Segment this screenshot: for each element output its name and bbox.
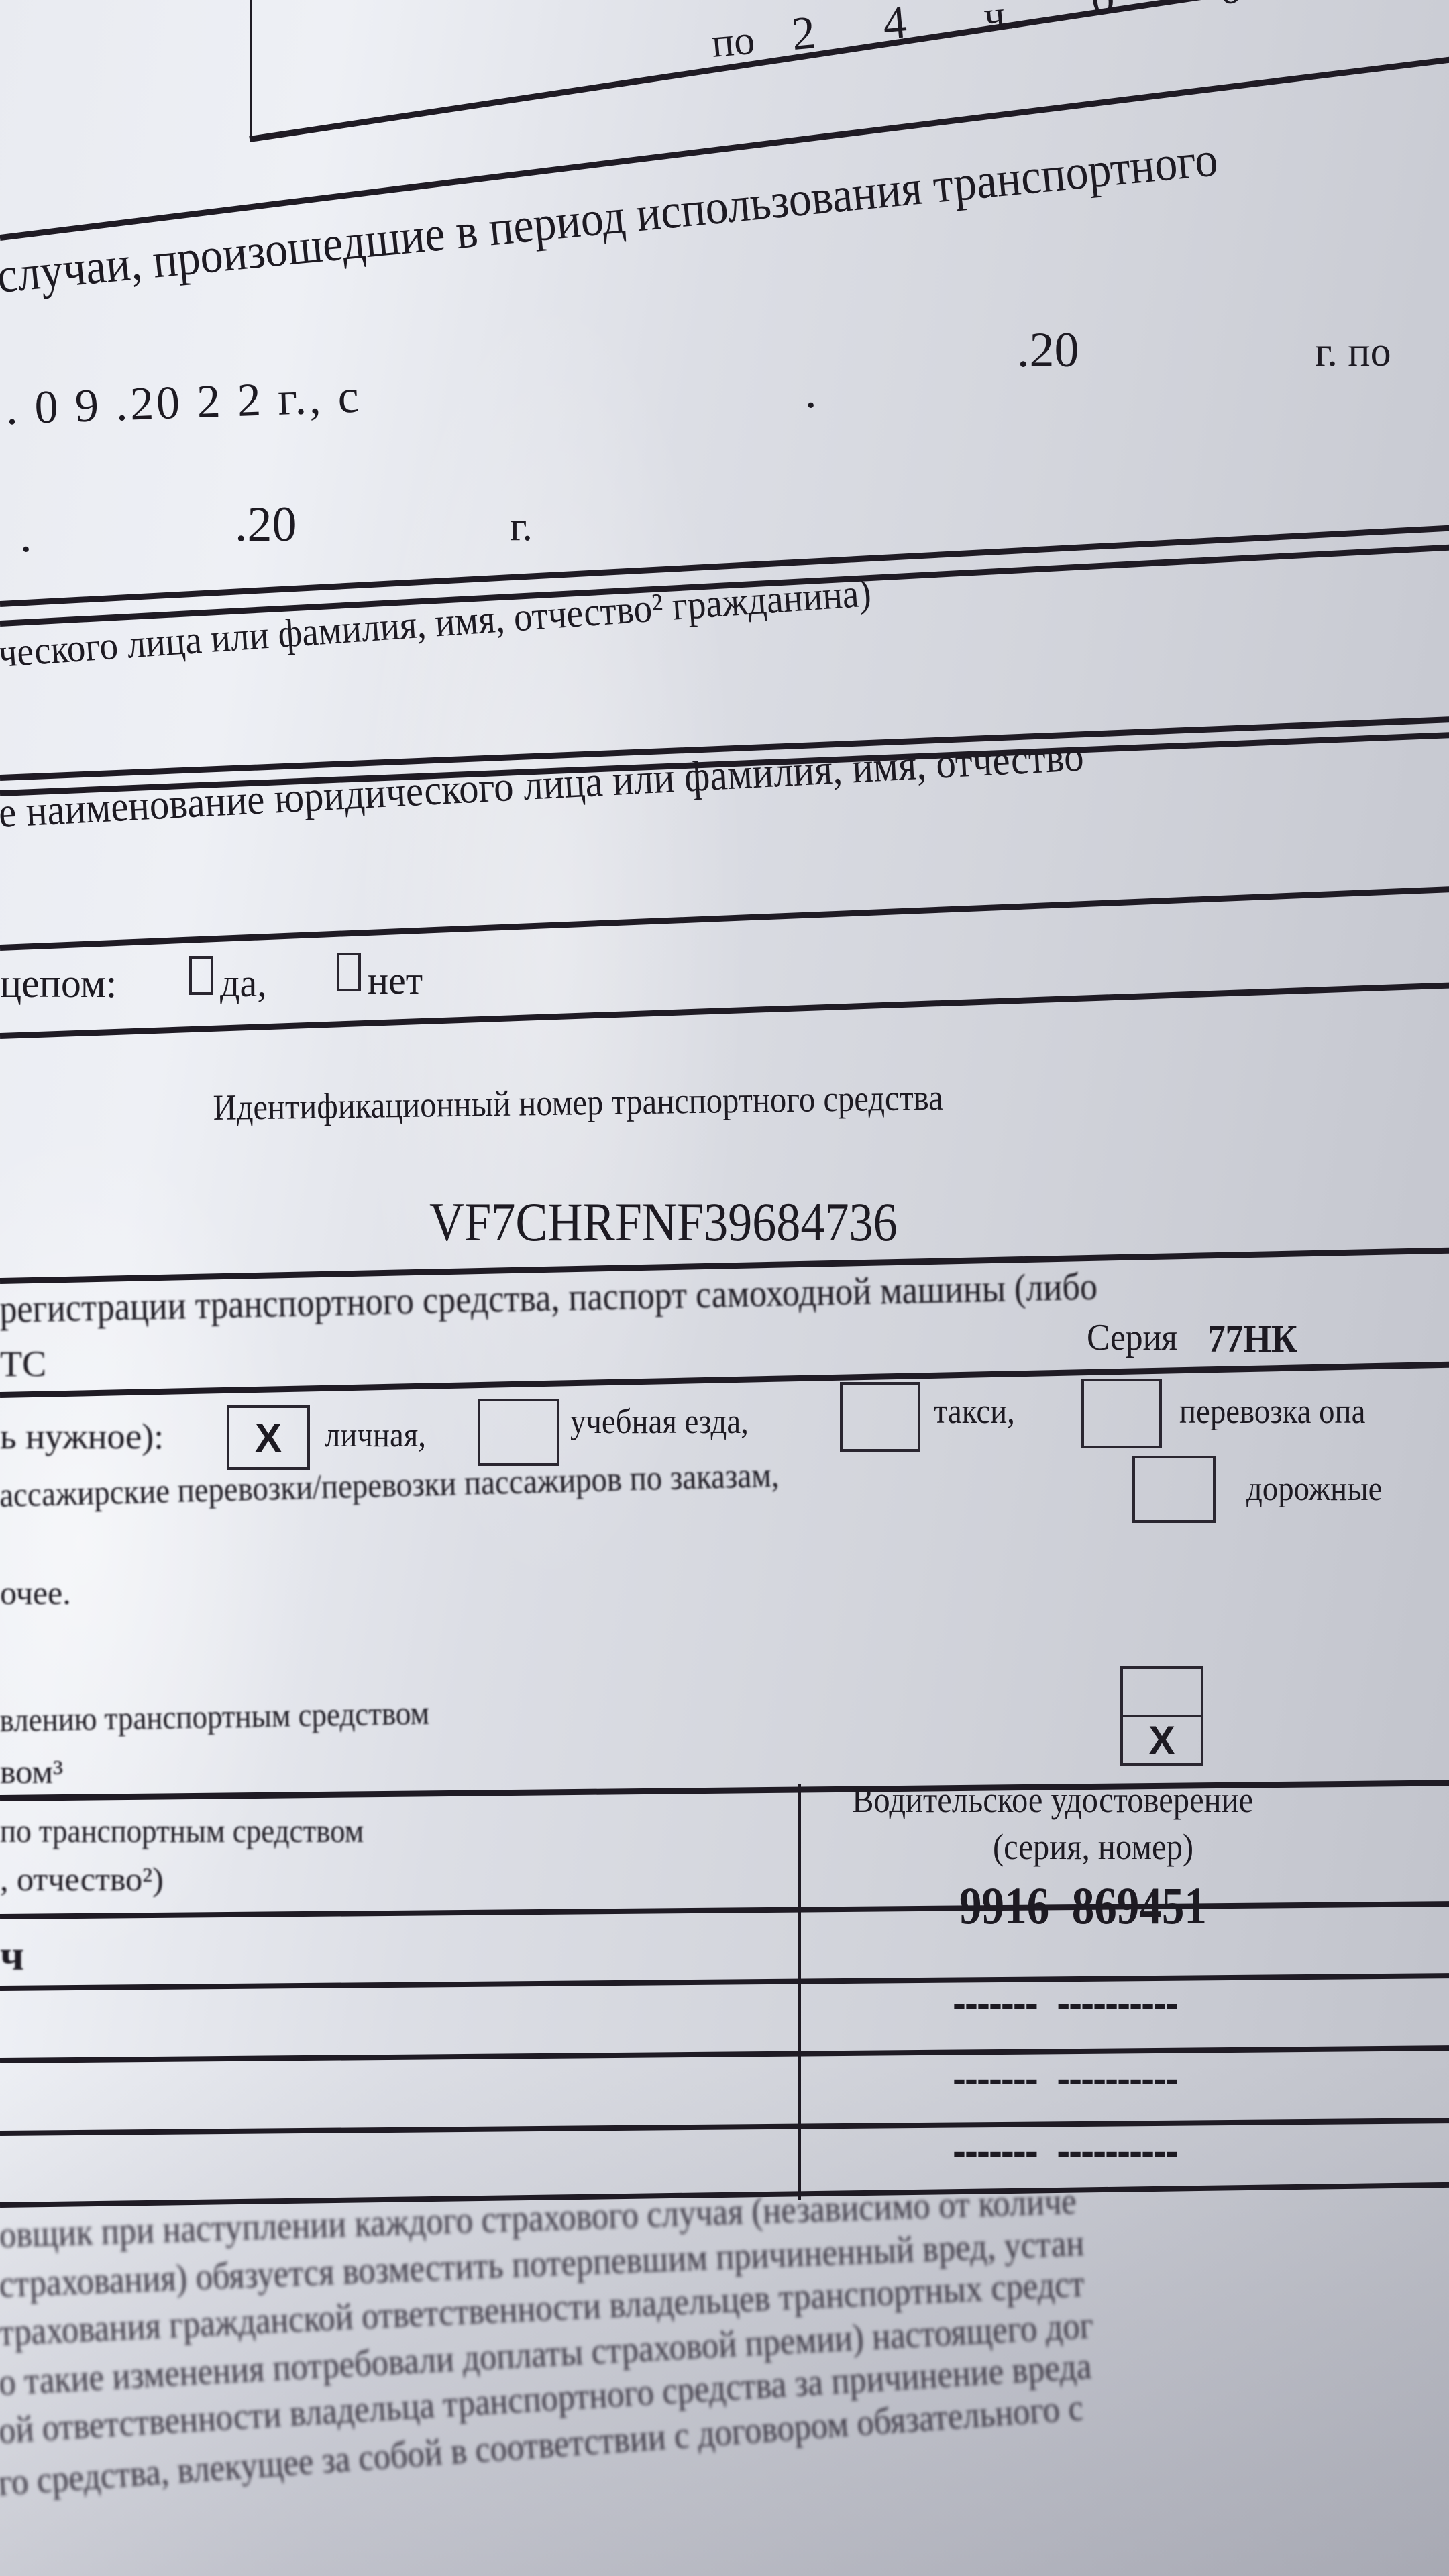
purpose-label: ь нужное): <box>0 1415 164 1457</box>
purpose-dangerous-label: перевозка опа <box>1179 1392 1365 1432</box>
minute-digit-1: 0 <box>1089 0 1117 27</box>
purpose-taxi-label: такси, <box>934 1392 1015 1432</box>
checkbox-x-mark: X <box>1148 1717 1175 1764</box>
restriction-line1: влению транспортным средством <box>0 1693 429 1739</box>
trailer-no-label: нет <box>368 958 423 1003</box>
insurer-caption: ческого лица или фамилия, имя, отчество²… <box>0 570 873 677</box>
driver-2-license: ------- ---------- <box>953 1980 1177 2027</box>
purpose-personal-checkbox[interactable]: X <box>227 1405 310 1470</box>
purpose-training-checkbox[interactable] <box>478 1399 559 1466</box>
table-col1-header-1: по транспортным средством <box>0 1811 364 1850</box>
top-box-left-border <box>250 0 252 138</box>
trailer-no-checkbox[interactable] <box>337 953 361 991</box>
purpose-road-label: дорожные <box>1246 1469 1382 1509</box>
trailer-yes-label: да, <box>220 961 267 1006</box>
restriction-line2: вом³ <box>0 1752 63 1791</box>
registration-doc-type: ТС <box>0 1343 46 1385</box>
minute-digit-2: 0 <box>1216 0 1244 16</box>
table-row-3-bottom <box>0 2118 1449 2136</box>
table-row-1-bottom <box>0 1973 1449 1991</box>
trailer-yes-checkbox[interactable] <box>189 956 213 995</box>
restriction-limited-checkbox[interactable]: X <box>1120 1715 1203 1766</box>
minute-label: мин. <box>1311 0 1396 1</box>
restriction-unlimited-checkbox[interactable] <box>1120 1666 1203 1717</box>
hour-digit-1: 2 <box>790 6 818 62</box>
purpose-personal-label: личная, <box>325 1415 426 1455</box>
trailer-label: цепом: <box>0 961 117 1007</box>
series-label: Серия <box>1087 1316 1177 1359</box>
table-column-divider <box>798 1784 801 2200</box>
purpose-training-label: учебная езда, <box>570 1402 749 1442</box>
purpose-road-checkbox[interactable] <box>1132 1456 1216 1523</box>
until-prefix: по <box>710 17 757 68</box>
vin-value: VF7CHRFNF39684736 <box>429 1191 898 1254</box>
purpose-line2: ассажирские перевозки/перевозки пассажир… <box>0 1456 780 1515</box>
driver-3-license: ------- ---------- <box>953 2055 1177 2102</box>
owner-caption: е наименование юридического лица или фам… <box>0 731 1085 838</box>
purpose-taxi-checkbox[interactable] <box>840 1382 920 1452</box>
period2-dot: . <box>20 510 32 563</box>
checkbox-x-mark: X <box>255 1415 282 1461</box>
series-value: 77НК <box>1207 1316 1297 1361</box>
start-date: . 0 9 .20 2 2 г., с <box>5 370 362 436</box>
period2-year: .20 <box>235 496 297 553</box>
trailer-row-top <box>0 885 1449 951</box>
driver-1-name: ч <box>0 1931 24 1980</box>
table-col1-header-2: , отчество²) <box>0 1860 164 1898</box>
end-date-dot: . <box>805 366 817 419</box>
table-row-2-bottom <box>0 2045 1449 2063</box>
end-year-prefix: .20 <box>1017 322 1079 379</box>
hour-label: ч. <box>982 0 1018 41</box>
table-col2-header-1: Водительское удостоверение <box>852 1779 1253 1821</box>
top-box-bottom-border <box>249 0 1449 142</box>
table-header-divider <box>0 1901 1449 1919</box>
vin-label: Идентификационный номер транспортного ср… <box>213 1077 943 1128</box>
period2-suffix: г. <box>510 503 533 551</box>
table-col2-header-2: (серия, номер) <box>993 1826 1193 1868</box>
hour-digit-2: 4 <box>881 0 909 51</box>
end-date-suffix: г. по <box>1315 329 1391 376</box>
driver-1-license: 9916 869451 <box>959 1876 1207 1936</box>
purpose-line3: очее. <box>0 1573 71 1612</box>
vin-section-top <box>0 981 1449 1039</box>
driver-4-license: ------- ---------- <box>953 2128 1177 2174</box>
purpose-dangerous-checkbox[interactable] <box>1081 1379 1162 1448</box>
